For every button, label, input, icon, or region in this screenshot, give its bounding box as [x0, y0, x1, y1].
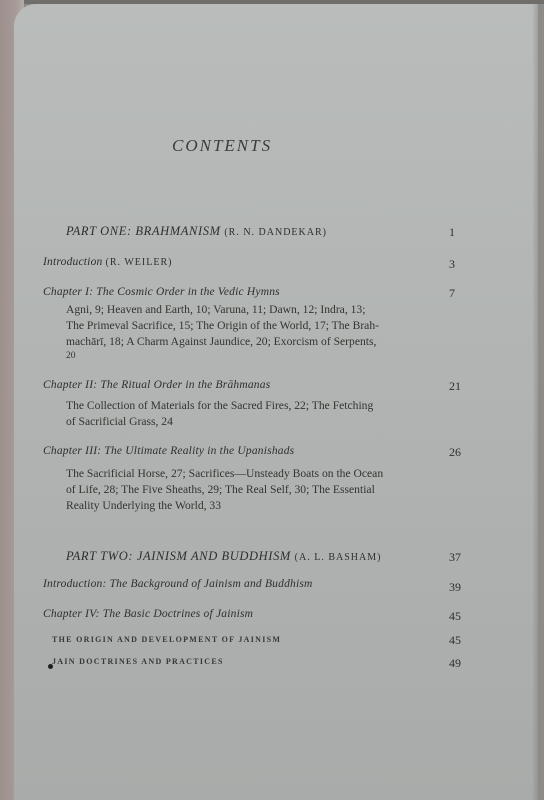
content-line: of Life, 28; The Five Sheaths, 29; The R…	[66, 482, 465, 498]
page-number: 26	[449, 445, 469, 460]
page-number: 21	[449, 379, 469, 394]
content-line: Agni, 9; Heaven and Earth, 10; Varuna, 1…	[66, 302, 465, 318]
page-title: CONTENTS	[172, 136, 272, 156]
chapter-3-contents: The Sacrificial Horse, 27; Sacrifices—Un…	[66, 466, 465, 513]
page-number: 49	[449, 656, 469, 671]
content-line: The Collection of Materials for the Sacr…	[66, 398, 465, 414]
page-number: 37	[449, 550, 469, 565]
content-line: 20	[66, 349, 465, 365]
content-line: machārī, 18; A Charm Against Jaundice, 2…	[66, 334, 465, 350]
toc-section: Jain Doctrines and Practices	[52, 657, 224, 666]
toc-introduction: Introduction (R. WEILER)	[43, 256, 463, 268]
toc-chapter-2: Chapter II: The Ritual Order in the Brāh…	[43, 379, 463, 391]
content-line: Reality Underlying the World, 33	[66, 498, 465, 514]
toc-section: The Origin and Development of Jainism	[52, 635, 281, 644]
page-number: 3	[449, 257, 469, 272]
toc-part-one: PART ONE: BRAHMANISM (R. N. DANDEKAR)	[66, 224, 486, 239]
toc-introduction-2: Introduction: The Background of Jainism …	[43, 578, 463, 590]
toc-chapter-3: Chapter III: The Ultimate Reality in the…	[43, 445, 463, 457]
content-line: The Sacrificial Horse, 27; Sacrifices—Un…	[66, 466, 465, 482]
page-edge-shadow	[532, 4, 538, 800]
toc-part-two: PART TWO: JAINISM AND BUDDHISM (A. L. BA…	[66, 549, 486, 564]
part-title: PART TWO: JAINISM AND BUDDHISM	[66, 549, 291, 563]
chapter-2-contents: The Collection of Materials for the Sacr…	[66, 398, 465, 430]
page-number: 1	[449, 225, 469, 240]
page-number: 7	[449, 286, 469, 301]
page-number: 45	[449, 609, 469, 624]
part-author: (R. N. DANDEKAR)	[224, 227, 327, 238]
toc-chapter-4: Chapter IV: The Basic Doctrines of Jaini…	[43, 608, 463, 620]
content-line: of Sacrificial Grass, 24	[66, 414, 465, 430]
page-number: 45	[449, 633, 469, 648]
toc-chapter-1: Chapter I: The Cosmic Order in the Vedic…	[43, 286, 463, 298]
entry-author: (R. WEILER)	[106, 257, 173, 268]
part-author: (A. L. BASHAM)	[295, 552, 382, 563]
entry-title: Introduction	[43, 256, 102, 268]
chapter-1-contents: Agni, 9; Heaven and Earth, 10; Varuna, 1…	[66, 302, 465, 365]
page-number: 39	[449, 580, 469, 595]
part-title: PART ONE: BRAHMANISM	[66, 224, 221, 238]
content-line: The Primeval Sacrifice, 15; The Origin o…	[66, 318, 465, 334]
